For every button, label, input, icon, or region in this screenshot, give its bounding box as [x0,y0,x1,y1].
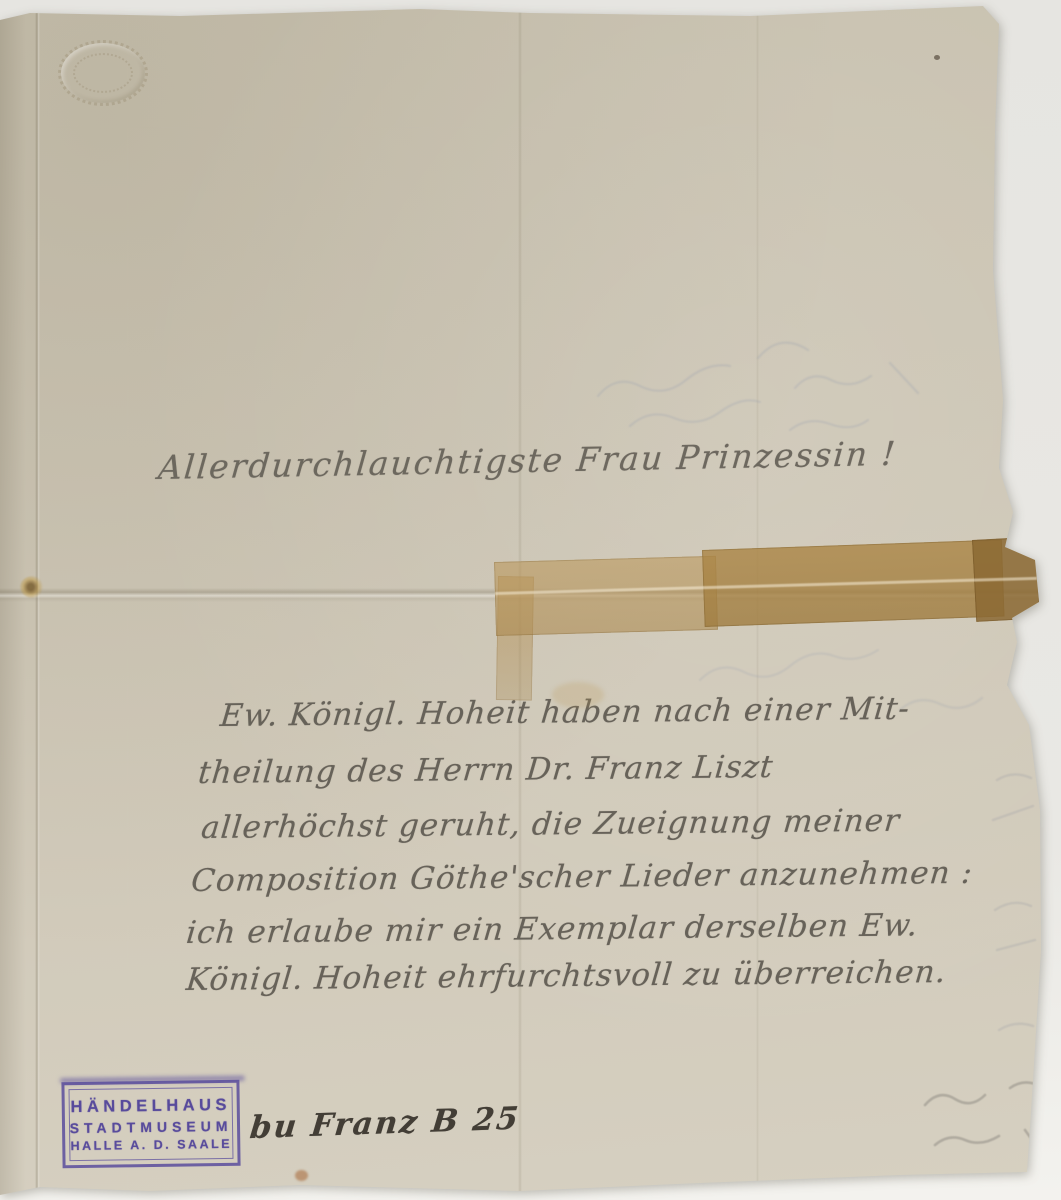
ink-bleedthrough-bottom-right [915,1070,1055,1165]
ink-bleedthrough-top-right [590,318,1030,443]
rust-spot [295,1170,308,1181]
letter-photo: Allerdurchlauchtigste Frau Prinzessin ! … [0,0,1061,1200]
embossed-seal [58,40,148,106]
letter-paper: Allerdurchlauchtigste Frau Prinzessin ! … [0,0,1061,1200]
stamp-line-2: STADTMUSEUM [70,1117,233,1135]
ink-bleedthrough-right-margin [985,760,1055,1080]
body-line: allerhöchst geruht, die Zueignung meiner [200,803,902,846]
stamp-line-3: HALLE A. D. SAALE [70,1136,232,1152]
museum-stamp: HÄNDELHAUS STADTMUSEUM HALLE A. D. SAALE [61,1080,240,1168]
fold-intersection-hole [20,576,44,598]
tape-repair-horizontal-left [494,556,718,636]
museum-stamp-inner-border: HÄNDELHAUS STADTMUSEUM HALLE A. D. SAALE [69,1087,234,1161]
body-line: ich erlaube mir ein Exemplar derselben E… [185,907,920,951]
body-line: Composition Göthe'scher Lieder anzunehme… [190,855,975,899]
body-line: theilung des Herrn Dr. Franz Liszt [197,749,776,791]
shelfmark-annotation: bu Franz B 25 [248,1101,522,1147]
dark-speck [934,55,940,60]
salutation-line: Allerdurchlauchtigste Frau Prinzessin ! [157,434,899,487]
body-line: Ew. Königl. Hoheit haben nach einer Mit- [219,691,912,734]
embossed-seal-inner-ring [73,53,133,93]
body-line: Königl. Hoheit ehrfurchtsvoll zu überrei… [185,954,949,998]
stamp-ink-smear [60,1076,244,1084]
stamp-line-1: HÄNDELHAUS [70,1095,231,1116]
